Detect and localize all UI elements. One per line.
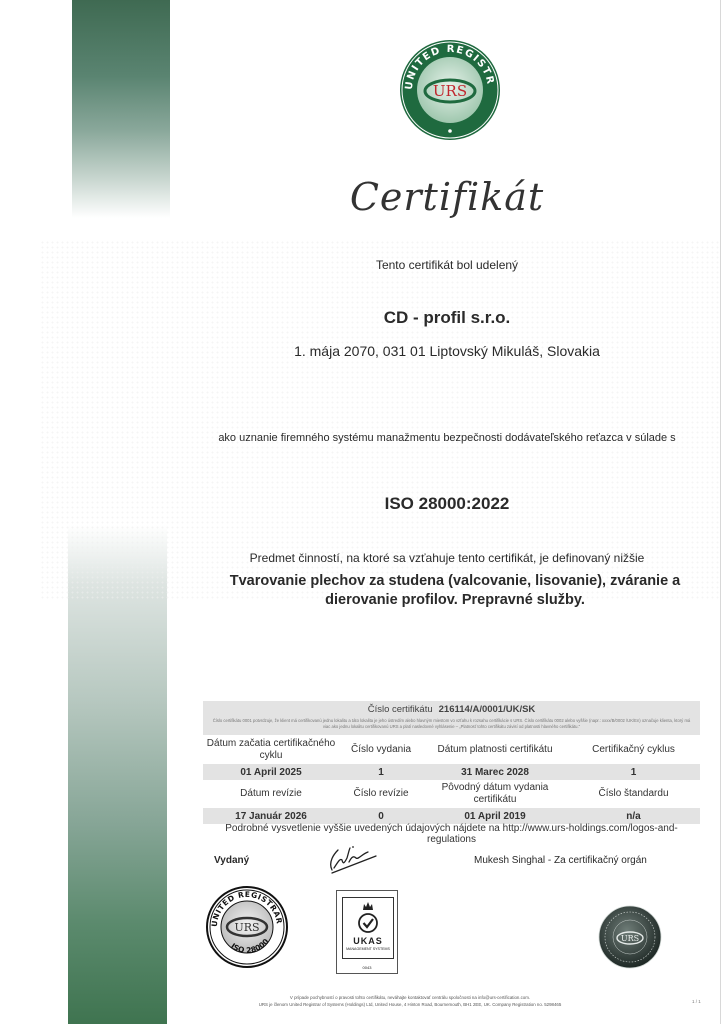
- table-header: Dátum revízie: [203, 781, 339, 807]
- signature-icon: [322, 840, 380, 876]
- svg-text:URS: URS: [433, 82, 467, 100]
- details-text: Podrobné vysvetlenie vyššie uvedených úd…: [203, 823, 700, 845]
- table-header: Číslo vydania: [339, 737, 423, 763]
- table-row: 01 April 2025 1 31 Marec 2028 1: [203, 764, 700, 780]
- svg-text:URS: URS: [234, 921, 259, 934]
- table-header-row: Dátum revízie Číslo revízie Pôvodný dátu…: [203, 781, 700, 807]
- footer-text: V prípade pochybností o pravosti tohto c…: [200, 994, 620, 1008]
- scope-text: Tvarovanie plechov za studena (valcovani…: [195, 572, 715, 610]
- recognition-text: ako uznanie firemného systému manažmentu…: [170, 432, 724, 444]
- footer-line-1: V prípade pochybností o pravosti tohto c…: [200, 994, 620, 1001]
- certificate-number-panel: Číslo certifikátu216114/A/0001/UK/SK Čís…: [203, 701, 700, 735]
- company-name: CD - profil s.r.o.: [170, 308, 724, 328]
- certificate-number-line: Číslo certifikátu216114/A/0001/UK/SK: [203, 704, 700, 715]
- page-number: 1 / 1: [692, 999, 701, 1004]
- crown-check-icon: [356, 900, 380, 934]
- table-header: Dátum platnosti certifikátu: [423, 737, 567, 763]
- ukas-number: 0043: [337, 965, 397, 970]
- table-header: Pôvodný dátum vydania certifikátu: [423, 781, 567, 807]
- ukas-name: UKAS: [343, 936, 393, 946]
- certificate-info-table: Dátum začatia certifikačného cyklu Číslo…: [203, 736, 700, 825]
- certificate-number: 216114/A/0001/UK/SK: [439, 704, 536, 715]
- table-cell: 1: [567, 764, 700, 780]
- ukas-subtitle: MANAGEMENT SYSTEMS: [343, 947, 393, 951]
- table-cell: 1: [339, 764, 423, 780]
- table-cell: n/a: [567, 808, 700, 824]
- table-cell: 31 Marec 2028: [423, 764, 567, 780]
- table-cell: 01 April 2025: [203, 764, 339, 780]
- ukas-frame: UKAS MANAGEMENT SYSTEMS: [342, 897, 394, 959]
- scope-intro: Predmet činností, na ktoré sa vzťahuje t…: [170, 551, 724, 565]
- table-header: Certifikačný cyklus: [567, 737, 700, 763]
- table-row: 17 Január 2026 0 01 April 2019 n/a: [203, 808, 700, 824]
- awarded-text: Tento certifikát bol udelený: [170, 258, 724, 272]
- table-header: Číslo revízie: [339, 781, 423, 807]
- world-map-watermark: [40, 240, 720, 600]
- urs-logo-icon: UNITED REGISTRAR OF SYSTEMS URS: [398, 38, 502, 142]
- svg-text:URS: URS: [621, 934, 639, 943]
- certificate-title: Certifikát: [170, 175, 724, 219]
- table-cell: 0: [339, 808, 423, 824]
- table-cell: 01 April 2019: [423, 808, 567, 824]
- certificate-number-note: Číslo certifikátu 0001 potvrdzuje, že kl…: [209, 718, 694, 730]
- table-header: Dátum začatia certifikačného cyklu: [203, 737, 339, 763]
- standard-name: ISO 28000:2022: [170, 494, 724, 514]
- table-cell: 17 Január 2026: [203, 808, 339, 824]
- company-address: 1. mája 2070, 031 01 Liptovský Mikuláš, …: [170, 343, 724, 359]
- certificate-number-label: Číslo certifikátu: [368, 704, 433, 715]
- issued-label: Vydaný: [214, 855, 249, 866]
- urs-iso-seal-icon: UNITED REGISTRAR OF SYSTEMS ISO 28000 UR…: [206, 886, 288, 968]
- footer-line-2: URS je členom United Registrar of System…: [200, 1001, 620, 1008]
- hologram-seal-icon: URS: [598, 905, 662, 969]
- ukas-mark: UKAS MANAGEMENT SYSTEMS 0043: [336, 890, 398, 974]
- signatory-name: Mukesh Singhal - Za certifikačný orgán: [474, 855, 647, 866]
- decorative-green-bar-top: [72, 0, 170, 218]
- table-header-row: Dátum začatia certifikačného cyklu Číslo…: [203, 737, 700, 763]
- table-header: Číslo štandardu: [567, 781, 700, 807]
